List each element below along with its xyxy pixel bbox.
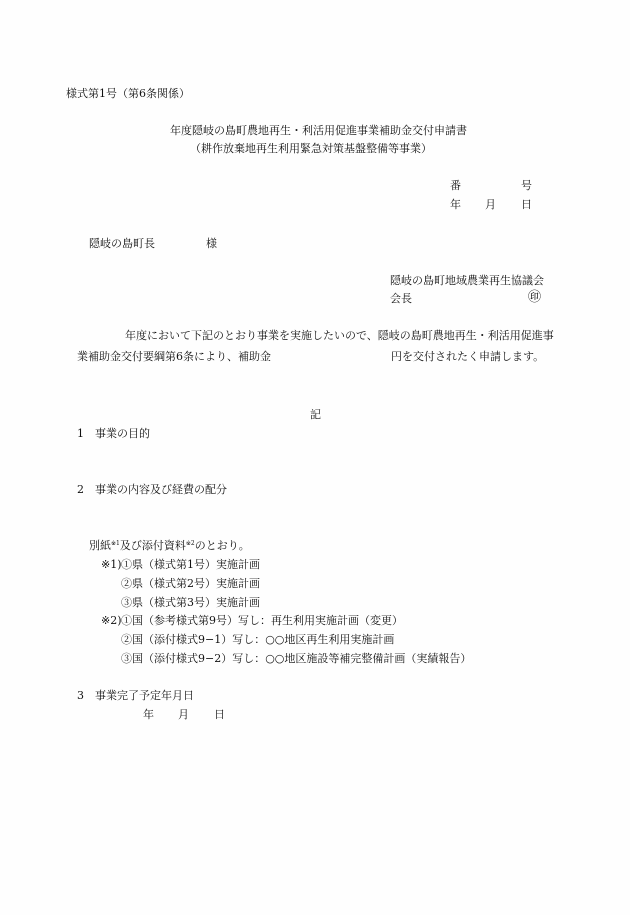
completion-month: 月 — [178, 709, 189, 720]
applicant-organization: 隠岐の島町地域農業再生協議会 — [390, 275, 544, 286]
section-2-title: 事業の内容及び経費の配分 — [95, 484, 227, 495]
document-title: 年度隠岐の島町農地再生・利活用促進事業補助金交付申請書 — [170, 125, 467, 136]
body-text-part2: 円を交付されたく申請します。 — [391, 350, 544, 363]
section-2-intro: 別紙※1及び添付資料※2のとおり。 — [89, 540, 250, 551]
section-1-title: 事業の目的 — [95, 428, 150, 439]
ki-heading: 記 — [310, 409, 321, 420]
doc-number-suffix: 号 — [521, 180, 532, 191]
section-3-number: 3 — [77, 690, 84, 701]
note1-item-2: ②県（様式第2号）実施計画 — [121, 578, 260, 589]
section-3-title: 事業完了予定年月日 — [95, 690, 194, 701]
note2-item-2: ②国（添付様式9−1）写し：○○地区再生利用実施計画 — [121, 634, 394, 645]
document-page: 様式第1号（第6条関係） 年度隠岐の島町農地再生・利活用促進事業補助金交付申請書… — [0, 0, 630, 915]
note2-item-1: ①国（参考様式第9号）写し：再生利用実施計画（変更） — [121, 615, 403, 626]
note1-item-1: ①県（様式第1号）実施計画 — [121, 559, 260, 570]
seal-icon: ㊞ — [528, 291, 541, 304]
completion-year: 年 — [143, 709, 154, 720]
note2-label: ※2) — [101, 615, 122, 626]
doc-number-label: 番 — [450, 180, 461, 191]
note1-item-3: ③県（様式第3号）実施計画 — [121, 597, 260, 608]
note1-label: ※1) — [101, 559, 122, 570]
addressee-name: 隠岐の島町長 — [89, 238, 155, 249]
completion-day: 日 — [214, 709, 225, 720]
applicant-title: 会長 — [390, 293, 412, 304]
note2-item-3: ③国（添付様式9−2）写し：○○地区施設等補完整備計画（実績報告） — [121, 653, 471, 664]
section-1-number: 1 — [77, 428, 84, 439]
form-number: 様式第1号（第6条関係） — [66, 88, 190, 99]
doc-date-day: 日 — [521, 199, 532, 210]
section-2-number: 2 — [77, 484, 84, 495]
document-subtitle: （耕作放棄地再生利用緊急対策基盤整備等事業） — [190, 143, 432, 154]
doc-date-month: 月 — [485, 199, 496, 210]
body-paragraph: 年度において下記のとおり事業を実施したいので、隠岐の島町農地再生・利活用促進事業… — [77, 325, 561, 367]
doc-date-year: 年 — [450, 199, 461, 210]
addressee-honorific: 様 — [206, 238, 217, 249]
